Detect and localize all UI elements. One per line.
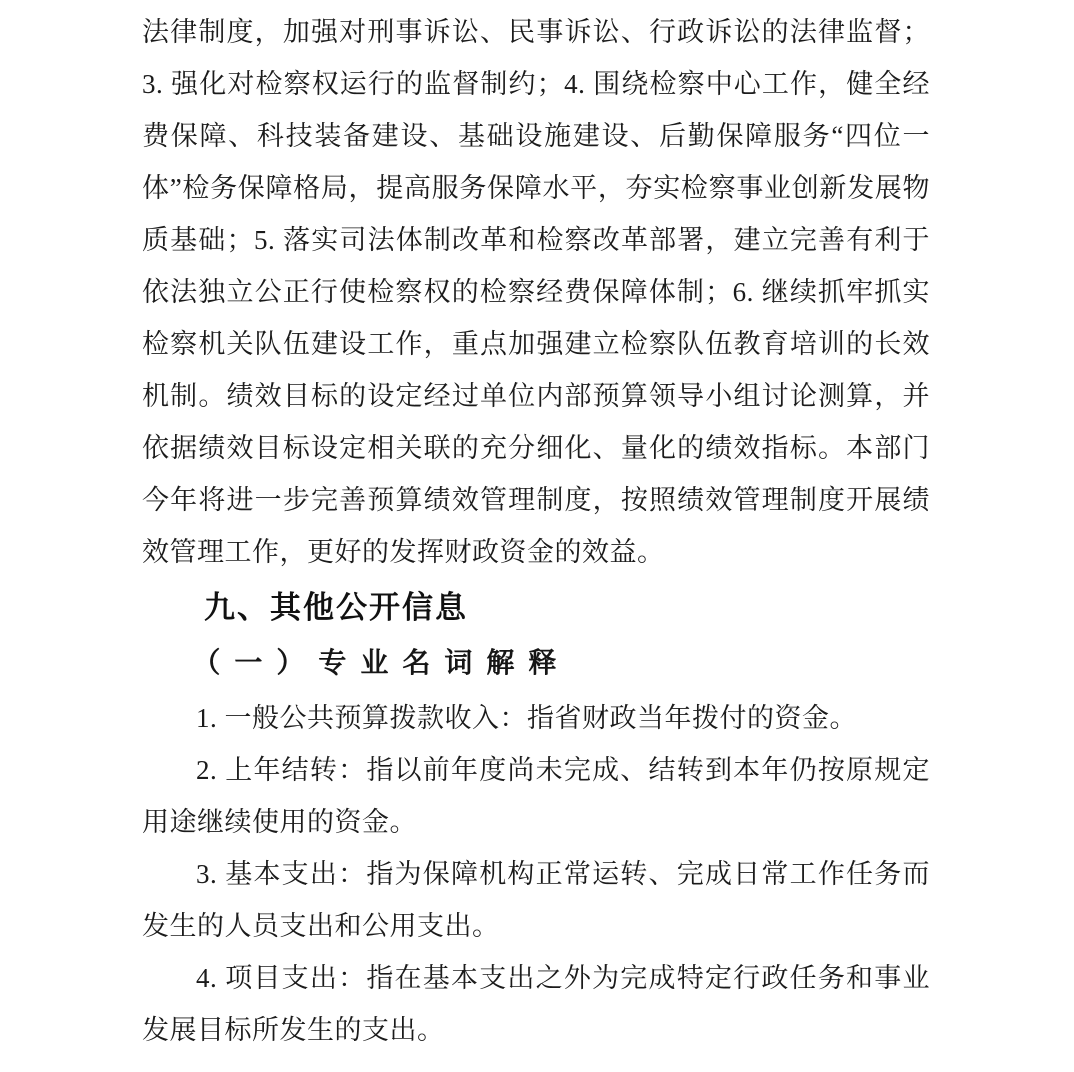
term-definition-basic-expenditure: 3. 基本支出：指为保障机构正常运转、完成日常工作任务而发生的人员支出和公用支出… bbox=[142, 848, 930, 952]
term-definition-project-expenditure: 4. 项目支出：指在基本支出之外为完成特定行政任务和事业发展目标所发生的支出。 bbox=[142, 952, 930, 1056]
term-definition-general-public-budget-income: 1. 一般公共预算拨款收入：指省财政当年拨付的资金。 bbox=[142, 692, 930, 744]
document-page: 法律制度，加强对刑事诉讼、民事诉讼、行政诉讼的法律监督；3. 强化对检察权运行的… bbox=[0, 0, 1074, 1072]
term-definition-carryover-from-previous-year: 2. 上年结转：指以前年度尚未完成、结转到本年仍按原规定用途继续使用的资金。 bbox=[142, 744, 930, 848]
subsection-heading-term-glossary: （一）专业名词解释 bbox=[142, 636, 930, 692]
section-heading-other-public-info: 九、其他公开信息 bbox=[142, 580, 930, 636]
paragraph-performance-goals-continuation: 法律制度，加强对刑事诉讼、民事诉讼、行政诉讼的法律监督；3. 强化对检察权运行的… bbox=[142, 6, 930, 578]
